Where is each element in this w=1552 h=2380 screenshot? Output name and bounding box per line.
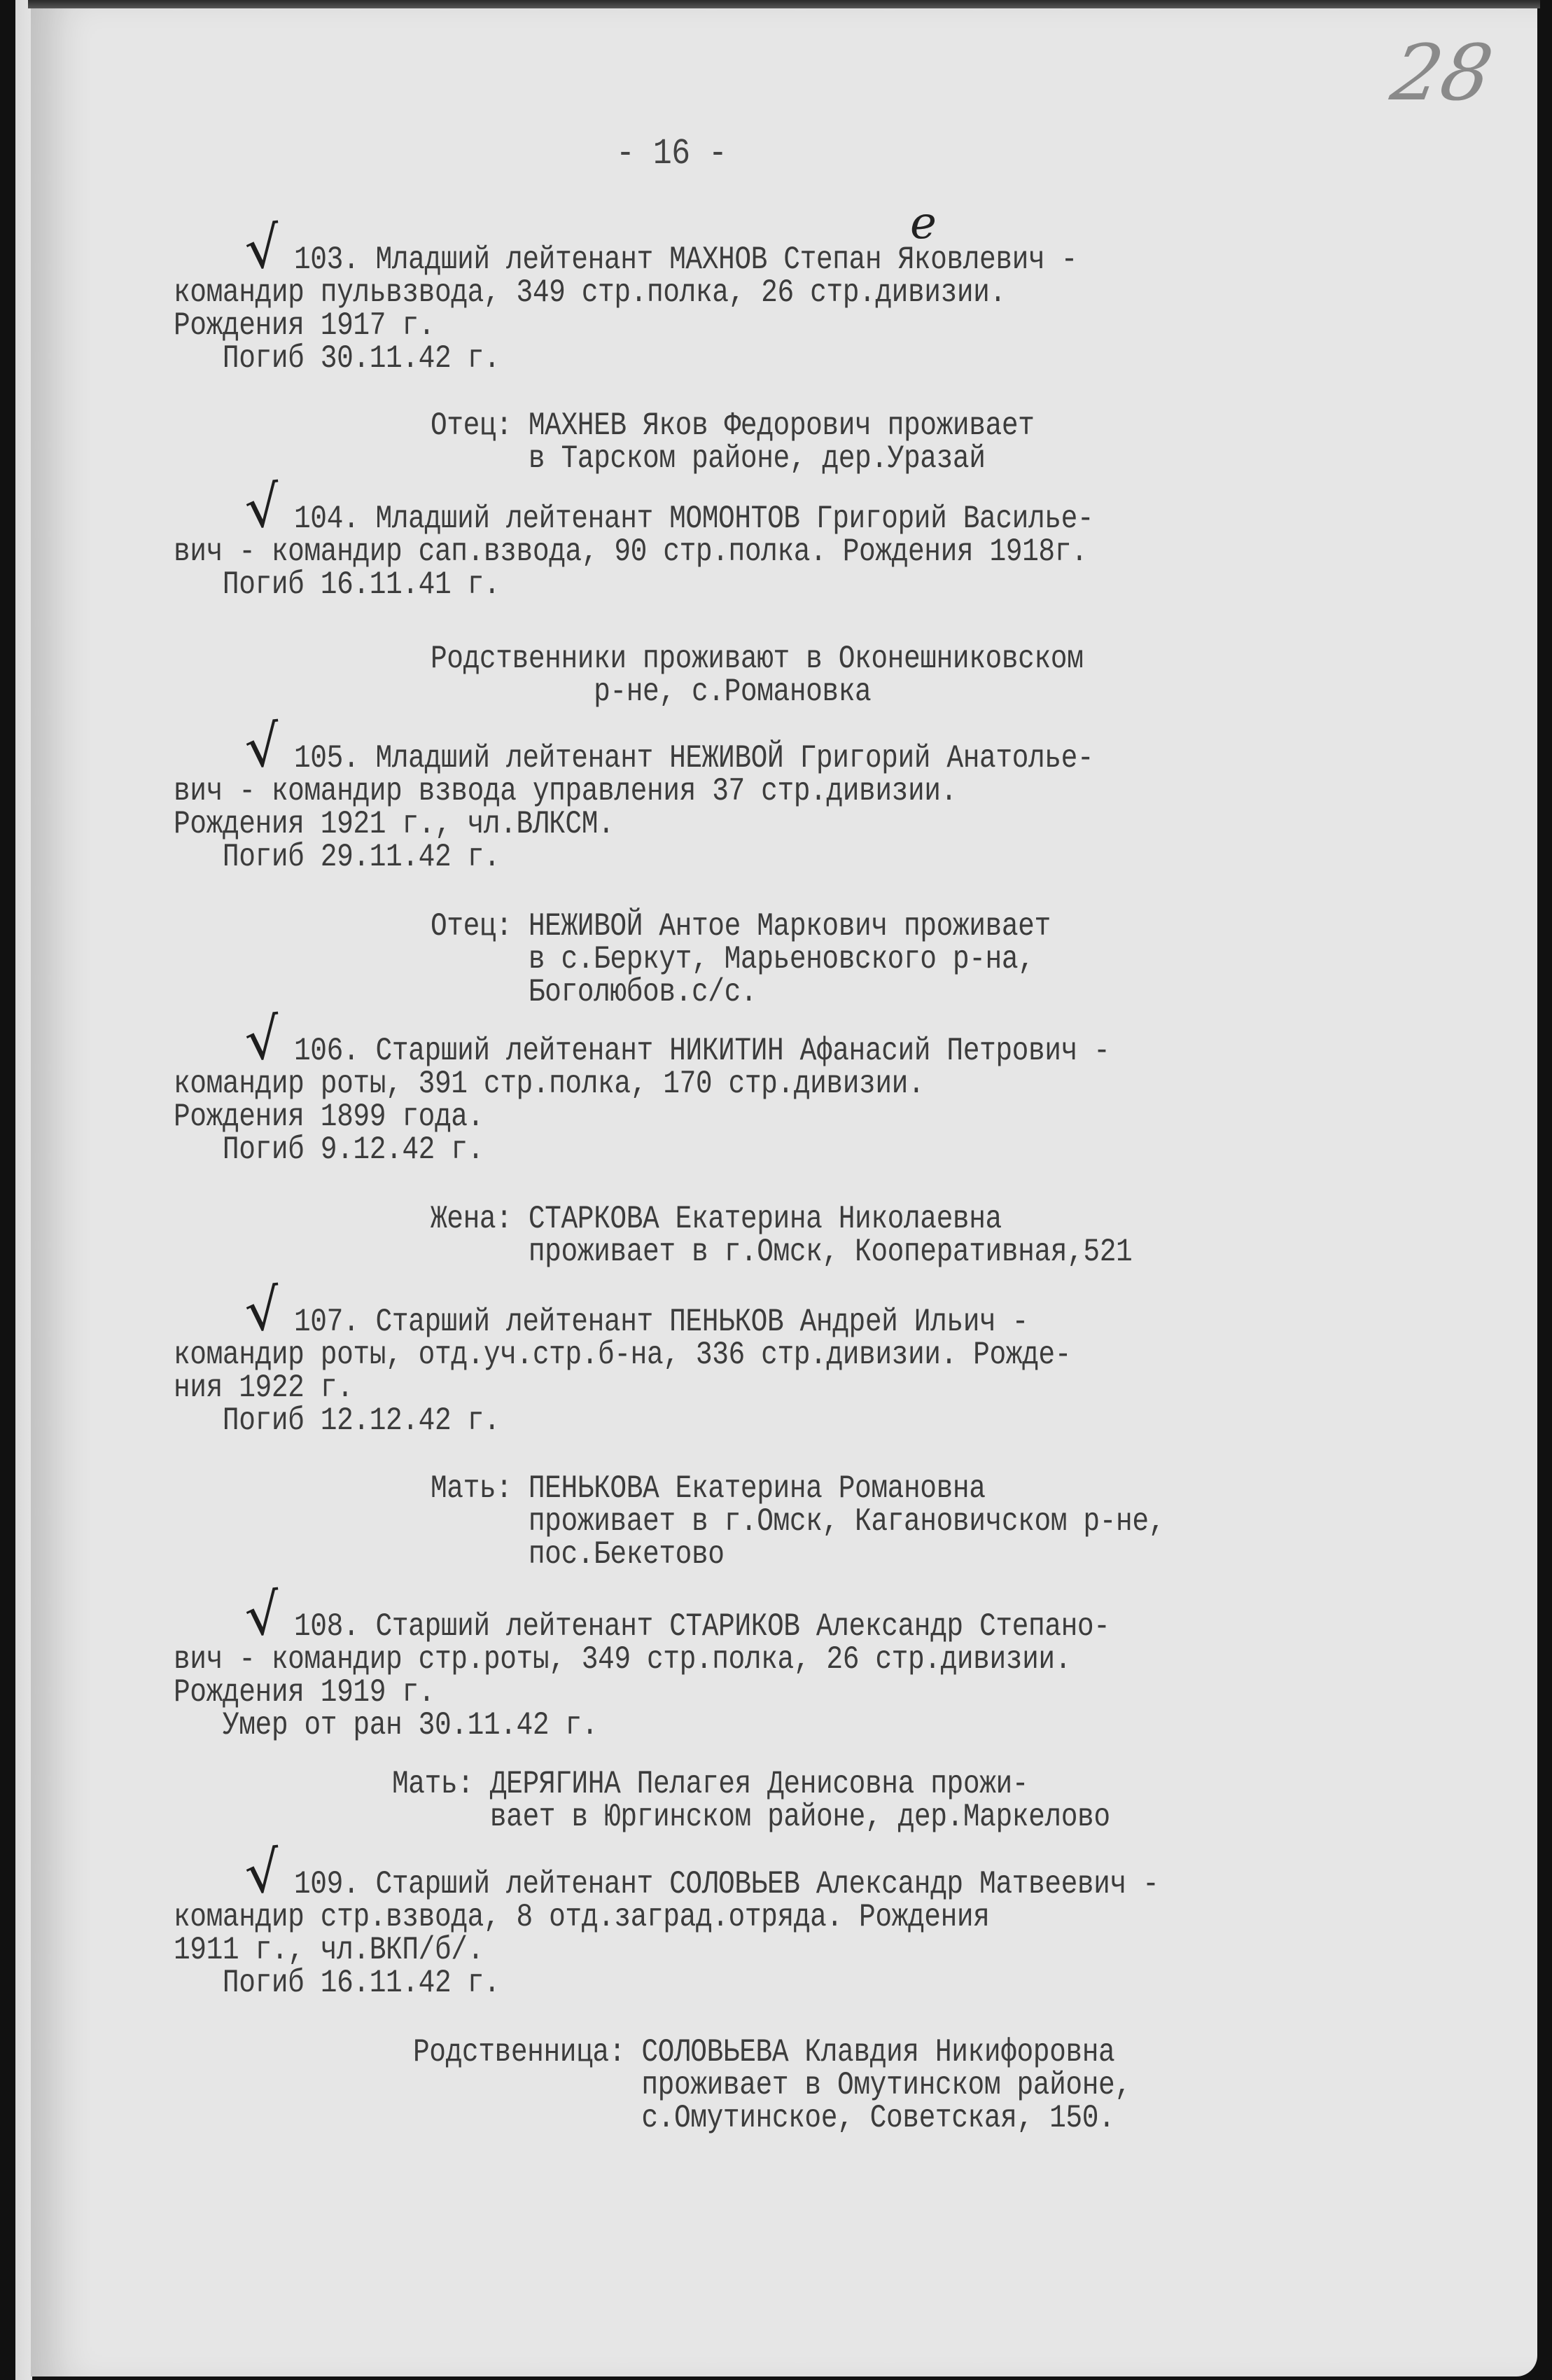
page-number: - 16 - — [616, 137, 727, 170]
entry-heading-line: 109. Старший лейтенант СОЛОВЬЕВ Александ… — [294, 1868, 1159, 1901]
entry-heading-line: 105. Младший лейтенант НЕЖИВОЙ Григорий … — [294, 742, 1093, 775]
relative-info-line: проживает в Омутинском районе, — [413, 2069, 1131, 2102]
entry-detail-line: Погиб 9.12.42 г. — [174, 1134, 484, 1167]
relative-info-line: в с.Беркут, Марьеновского р-на, — [431, 943, 1034, 976]
folio-number: 28 — [1385, 28, 1499, 118]
entry-detail-line: командир роты, отд.уч.стр.б-на, 336 стр.… — [174, 1339, 1071, 1372]
checkmark-icon: √ — [242, 1839, 284, 1907]
relative-info-line: Мать: ПЕНЬКОВА Екатерина Романовна — [431, 1473, 986, 1505]
checkmark-icon: √ — [242, 214, 284, 283]
entry-detail-line: Погиб 16.11.41 г. — [174, 569, 500, 601]
entry-detail-line: командир пульвзвода, 349 стр.полка, 26 с… — [174, 277, 1006, 309]
entry-detail-line: Погиб 30.11.42 г. — [174, 342, 500, 375]
entry-heading-line: 103. Младший лейтенант МАХНОВ Степан Яко… — [294, 244, 1077, 277]
entry-detail-line: вич - командир сап.взвода, 90 стр.полка.… — [174, 536, 1087, 569]
entry-detail-line: командир стр.взвода, 8 отд.заград.отряда… — [174, 1901, 990, 1934]
relative-info-line: Мать: ДЕРЯГИНА Пелагея Денисовна прожи- — [392, 1768, 1028, 1801]
entry-detail-line: Рождения 1917 г. — [174, 309, 435, 342]
entry-heading-line: 107. Старший лейтенант ПЕНЬКОВ Андрей Ил… — [294, 1306, 1028, 1339]
entry-detail-line: вич - командир стр.роты, 349 стр.полка, … — [174, 1643, 1071, 1676]
relative-info-line: Отец: МАХНЕВ Яков Федорович проживает — [431, 410, 1034, 443]
relative-info-line: Жена: СТАРКОВА Екатерина Николаевна — [431, 1203, 1002, 1236]
relative-info-line: пос.Бекетово — [431, 1538, 725, 1571]
entry-detail-line: 1911 г., чл.ВКП/б/. — [174, 1934, 484, 1967]
relative-info-line: с.Омутинское, Советская, 150. — [413, 2102, 1114, 2135]
relative-info-line: Родственники проживают в Оконешниковском — [431, 643, 1083, 676]
entry-heading-line: 108. Старший лейтенант СТАРИКОВ Александ… — [294, 1610, 1110, 1643]
relative-info-line: Родственница: СОЛОВЬЕВА Клавдия Никифоро… — [413, 2036, 1114, 2069]
entry-detail-line: командир роты, 391 стр.полка, 170 стр.ди… — [174, 1068, 924, 1101]
entry-detail-line: Умер от ран 30.11.42 г. — [174, 1709, 598, 1742]
entry-detail-line: ния 1922 г. — [174, 1372, 353, 1405]
checkmark-icon: √ — [242, 1581, 284, 1650]
relative-info-line: в Тарском районе, дер.Уразай — [431, 443, 986, 475]
scan-top-edge — [28, 0, 1540, 8]
checkmark-icon: √ — [242, 713, 284, 781]
checkmark-icon: √ — [242, 473, 284, 542]
relative-info-line: вает в Юргинском районе, дер.Маркелово — [392, 1801, 1110, 1834]
relative-info-line: Отец: НЕЖИВОЙ Антое Маркович проживает — [431, 910, 1051, 943]
relative-info-line: проживает в г.Омск, Кагановичском р-не, — [431, 1505, 1165, 1538]
entry-detail-line: Рождения 1921 г., чл.ВЛКСМ. — [174, 808, 614, 841]
entry-detail-line: Рождения 1919 г. — [174, 1676, 435, 1709]
entry-detail-line: Рождения 1899 года. — [174, 1101, 484, 1134]
entry-detail-line: вич - командир взвода управления 37 стр.… — [174, 775, 957, 808]
relative-info-line: проживает в г.Омск, Кооперативная,521 — [431, 1236, 1132, 1269]
entry-heading-line: 104. Младший лейтенант МОМОНТОВ Григорий… — [294, 503, 1093, 536]
adjacent-page-edge — [15, 0, 32, 2380]
relative-info-line: Боголюбов.с/с. — [431, 976, 757, 1009]
relative-info-line: р-не, с.Романовка — [431, 676, 871, 709]
entry-detail-line: Погиб 29.11.42 г. — [174, 841, 500, 874]
entry-detail-line: Погиб 16.11.42 г. — [174, 1967, 500, 2000]
checkmark-icon: √ — [242, 1276, 284, 1345]
entry-detail-line: Погиб 12.12.42 г. — [174, 1405, 500, 1438]
entry-heading-line: 106. Старший лейтенант НИКИТИН Афанасий … — [294, 1035, 1110, 1068]
checkmark-icon: √ — [242, 1005, 284, 1074]
